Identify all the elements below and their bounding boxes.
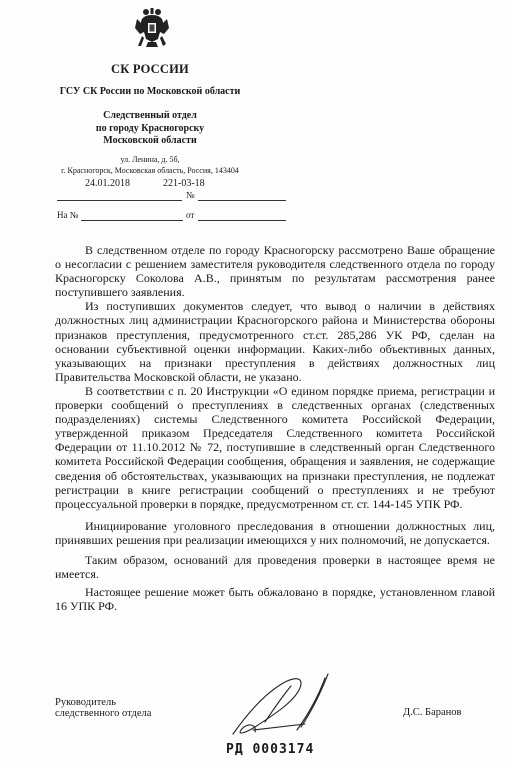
body-paragraph: В следственном отделе по городу Красного… bbox=[55, 243, 495, 299]
position-line: Руководитель bbox=[55, 697, 151, 708]
address: ул. Ленина, д. 5б, г. Красногорск, Моско… bbox=[40, 154, 260, 176]
handwritten-signature-icon bbox=[225, 672, 330, 742]
number-label: № bbox=[186, 190, 195, 200]
body-paragraph: В соответствии с п. 20 Инструкции «О еди… bbox=[55, 384, 495, 511]
department-line: по городу Красногорску bbox=[40, 123, 260, 136]
signatory-position: Руководитель следственного отдела bbox=[55, 697, 151, 719]
letter-body: В следственном отделе по городу Красного… bbox=[55, 243, 495, 613]
date-underline bbox=[57, 190, 182, 201]
in-reply-label: На № bbox=[57, 210, 78, 220]
letter-number: 221-03-18 bbox=[163, 178, 205, 189]
department-name: Следственный отдел по городу Красногорск… bbox=[40, 110, 260, 148]
position-line: следственного отдела bbox=[55, 708, 151, 719]
reply-date-underline bbox=[198, 210, 286, 221]
letter-date: 24.01.2018 bbox=[85, 178, 130, 189]
coat-of-arms-icon bbox=[132, 6, 172, 48]
body-paragraph: Настоящее решение может быть обжаловано … bbox=[55, 585, 495, 613]
department-line: Следственный отдел bbox=[40, 110, 260, 123]
from-label: от bbox=[186, 210, 194, 220]
org-main-title: СК РОССИИ bbox=[40, 62, 260, 77]
address-line: ул. Ленина, д. 5б, bbox=[40, 154, 260, 165]
department-line: Московской области bbox=[40, 135, 260, 148]
reply-number-underline bbox=[81, 210, 183, 221]
org-sub-title: ГСУ СК России по Московской области bbox=[40, 86, 260, 97]
body-paragraph: Инициирование уголовного преследования в… bbox=[55, 519, 495, 547]
body-paragraph: Таким образом, оснований для проведения … bbox=[55, 553, 495, 581]
letter-page: СК РОССИИ ГСУ СК России по Московской об… bbox=[0, 0, 512, 768]
signatory-name: Д.С. Баранов bbox=[403, 707, 461, 718]
body-paragraph: Из поступивших документов следует, что в… bbox=[55, 299, 495, 384]
form-serial-number: РД 0003174 bbox=[226, 742, 314, 757]
number-underline bbox=[198, 190, 286, 201]
address-line: г. Красногорск, Московская область, Росс… bbox=[40, 165, 260, 176]
